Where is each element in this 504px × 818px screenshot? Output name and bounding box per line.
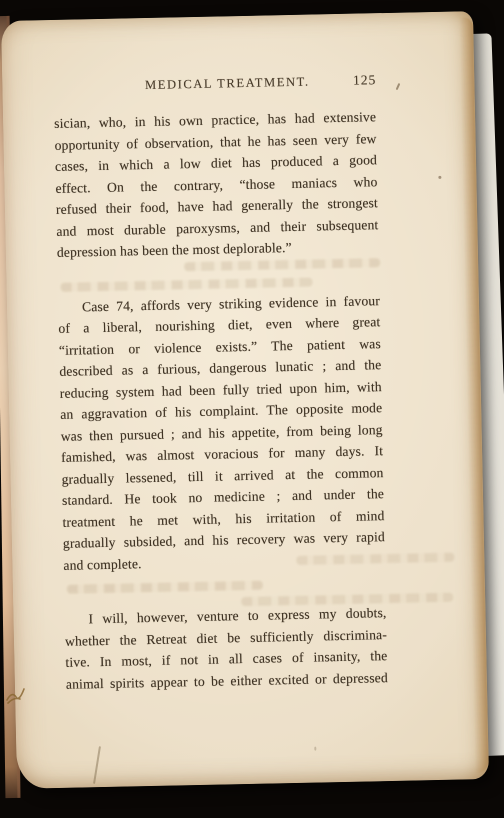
book-page: MEDICAL TREATMENT. 125 sician, who, in h…	[1, 11, 489, 789]
paragraph: Case 74, affords very striking evidence …	[58, 290, 386, 576]
running-title: MEDICAL TREATMENT.	[145, 75, 310, 93]
pen-mark	[4, 676, 30, 708]
page-number: 125	[353, 72, 377, 88]
paper-speck	[438, 176, 441, 179]
page-content: MEDICAL TREATMENT. 125 sician, who, in h…	[53, 73, 388, 695]
paragraph: I will, however, venture to express my d…	[64, 602, 388, 695]
photo-frame: MEDICAL TREATMENT. 125 sician, who, in h…	[0, 0, 504, 818]
paragraph: sician, who, in his own practice, has ha…	[54, 106, 379, 263]
running-header: MEDICAL TREATMENT. 125	[53, 73, 375, 98]
paper-speck	[314, 747, 316, 751]
text-block: sician, who, in his own practice, has ha…	[54, 106, 388, 695]
